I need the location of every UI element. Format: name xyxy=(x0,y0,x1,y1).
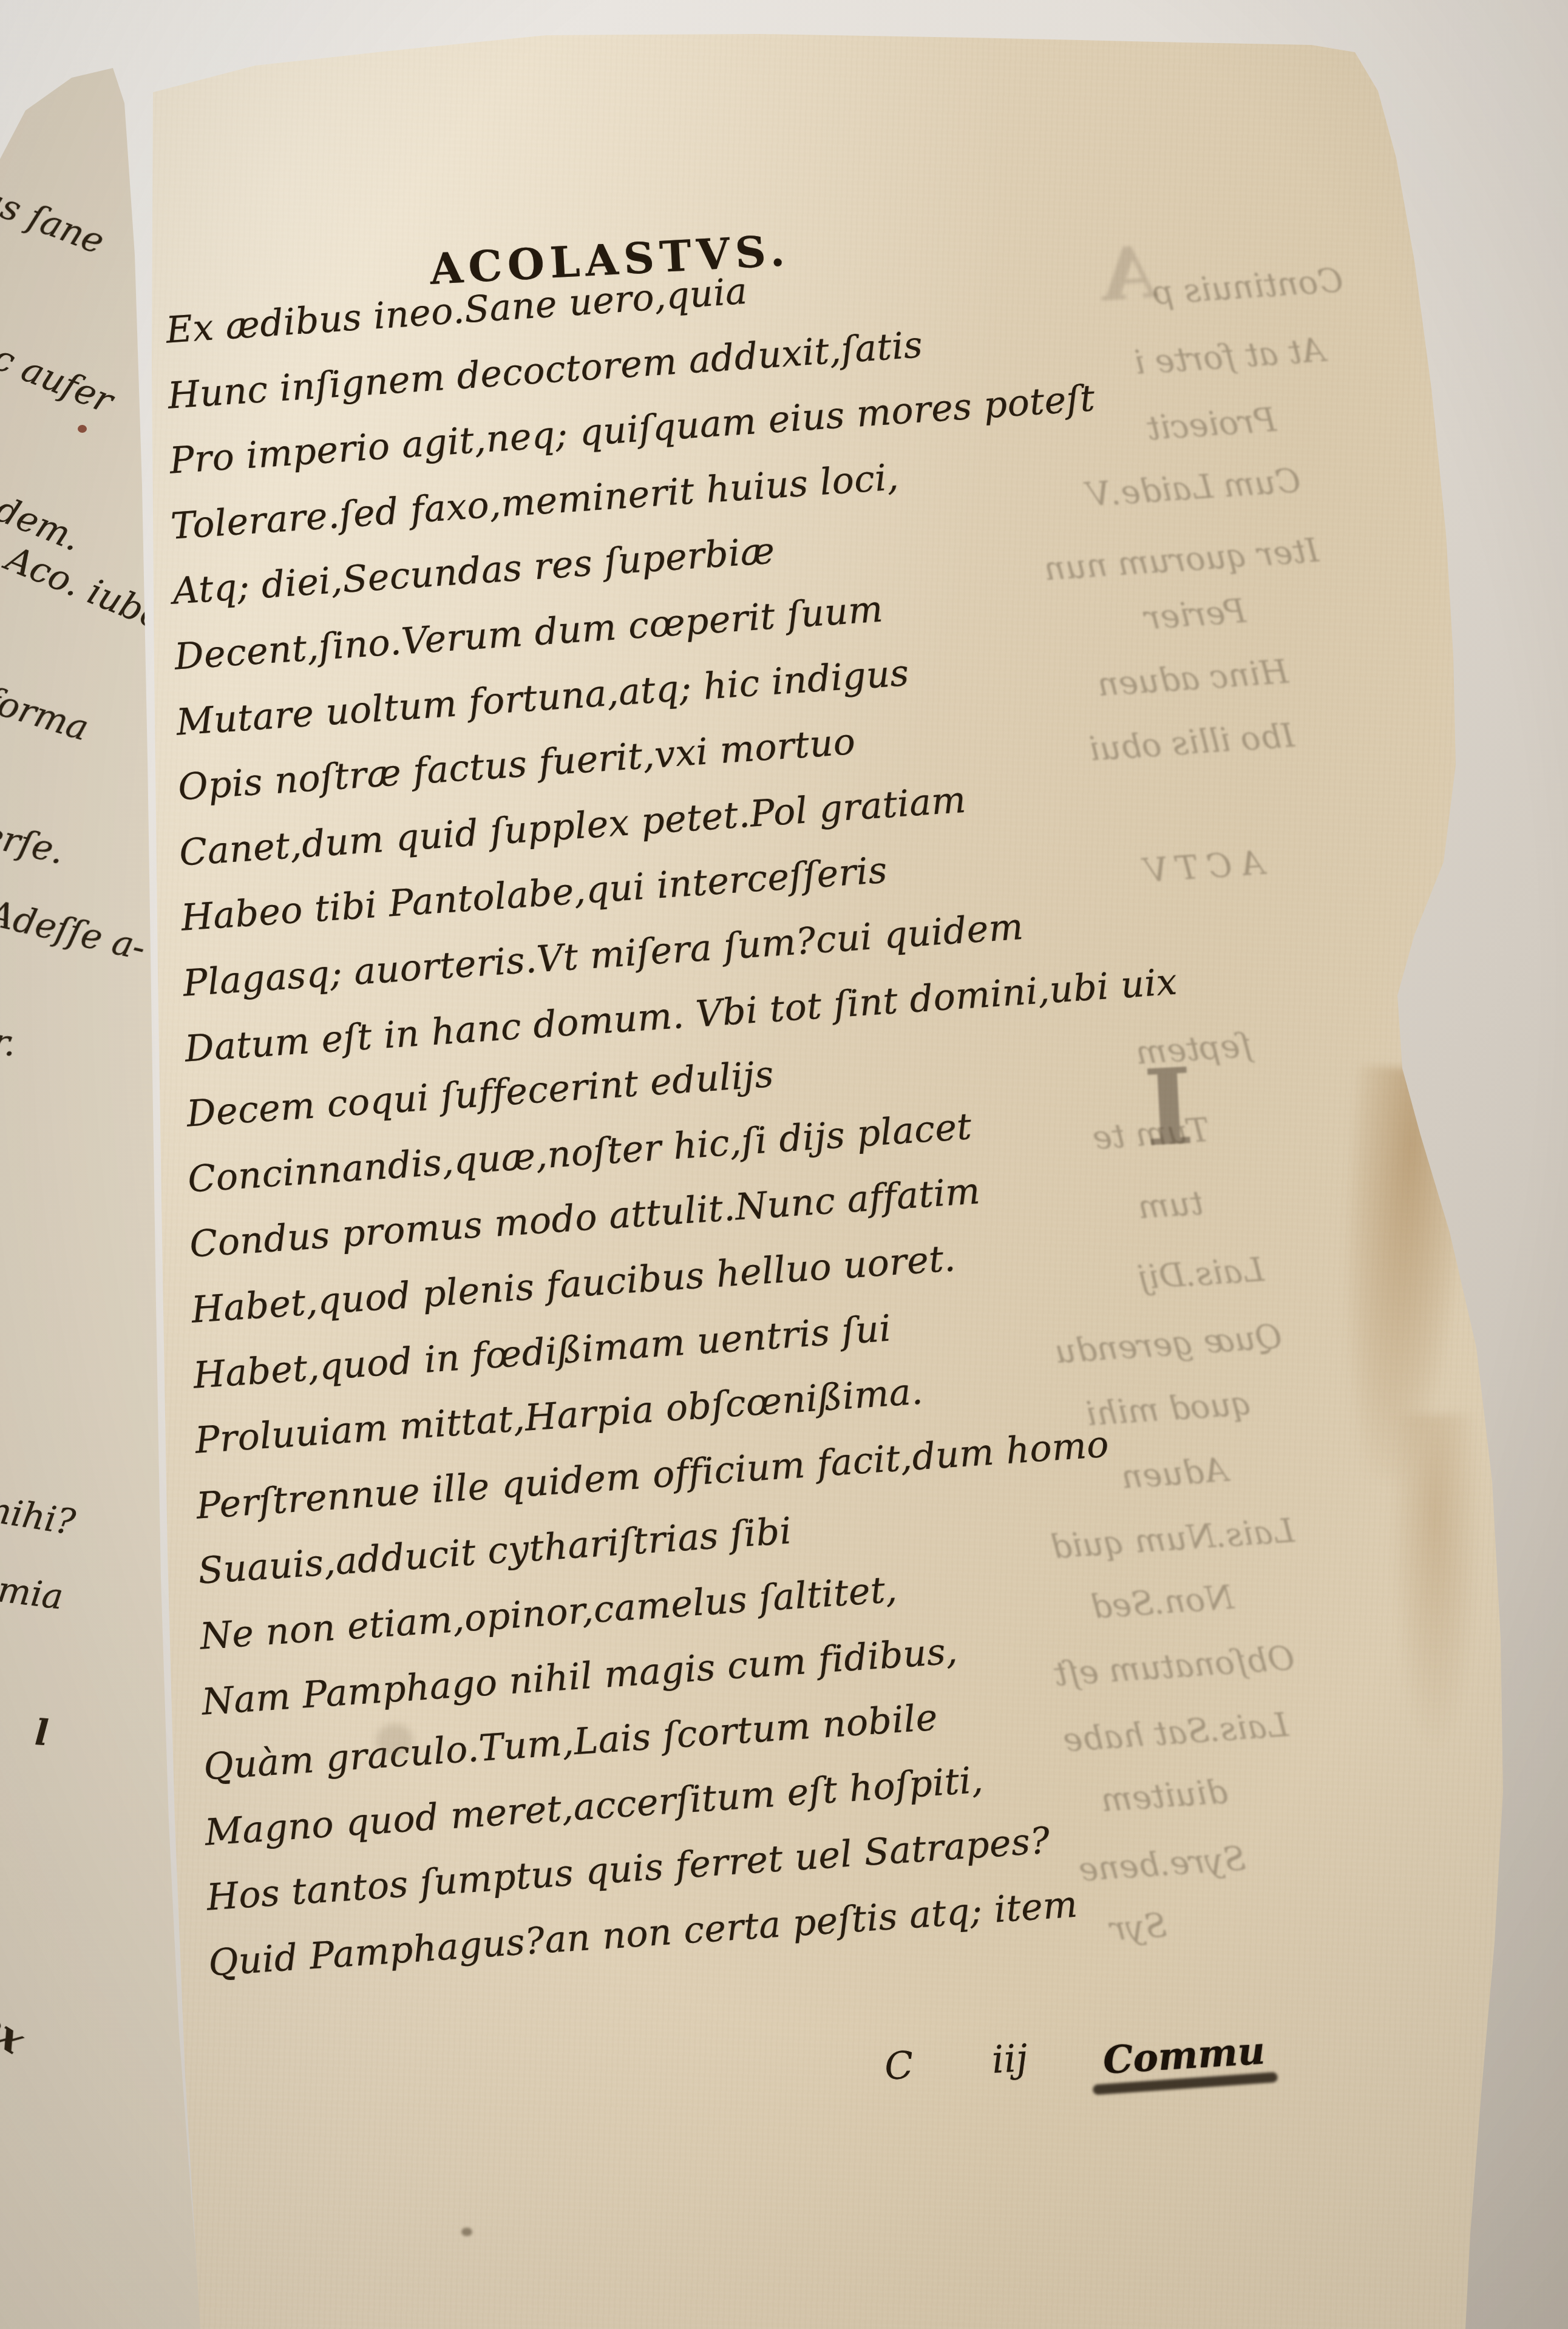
show-through-line: Ibo illis obui xyxy=(1088,716,1295,768)
show-through-line: Syr xyxy=(1109,1906,1168,1948)
facing-page-fragment: forma xyxy=(0,679,93,749)
show-through-line: quod mihi xyxy=(1085,1384,1254,1433)
facing-page-fragment: mihi? xyxy=(0,1487,78,1543)
facing-page-fragment: us ſane xyxy=(0,177,110,262)
facing-page-fragment: r. xyxy=(0,1020,20,1065)
facing-page-fragment: Adeſſe a- xyxy=(0,892,149,968)
show-through-line: Syre.bene xyxy=(1078,1839,1247,1889)
show-through-line: Cum Laide.V xyxy=(1085,461,1302,514)
show-through-line: Tum te xyxy=(1091,1111,1211,1157)
water-stain xyxy=(1328,1065,1478,1485)
show-through-line: diuitem xyxy=(1100,1772,1229,1819)
show-through-line: Lais.Sat habe xyxy=(1062,1706,1289,1759)
facing-page-fragment: nc aufer xyxy=(0,328,119,421)
show-through-line: Lais.Dij xyxy=(1137,1250,1265,1297)
water-stain xyxy=(1390,1414,1481,1754)
show-through-line: Continuis p xyxy=(1152,261,1344,312)
show-through-line: tum xyxy=(1137,1184,1205,1226)
paper-speck xyxy=(461,2228,472,2236)
show-through-line: Proiecit xyxy=(1145,401,1277,447)
facing-page-fragment: omia xyxy=(0,1566,66,1618)
show-through-line: Iter quorum nun xyxy=(1043,531,1320,588)
facing-page-ink-mark: l xyxy=(33,1712,50,1754)
photo-of-book-page: us ſane nc aufer ndem. . Aco. iube forma… xyxy=(0,0,1568,2329)
facing-page-fragment: ex xyxy=(0,1997,33,2063)
paper-speck xyxy=(78,425,87,433)
show-through-line: At at forte i xyxy=(1133,331,1326,382)
gathering-signature: C iij xyxy=(883,2036,1029,2089)
facing-page-fragment: erſe. xyxy=(0,813,69,872)
show-through-line: Obſonatum eſt xyxy=(1053,1639,1295,1693)
show-through-line: Quæ gerendu xyxy=(1053,1317,1283,1371)
show-through-line: Hinc aduen xyxy=(1096,653,1289,703)
show-through-line: Lais.Num quid xyxy=(1050,1511,1295,1566)
verse-line: Decem coqui ſuffecerint edulijs xyxy=(185,1053,775,1136)
verse-line: Atq; diei,Secundas res ſuperbiæ xyxy=(171,529,776,612)
show-through-line: ACTV xyxy=(1135,844,1265,890)
verse-line: Suauis,adducit cythariſtrias ſibi xyxy=(197,1510,793,1592)
show-through-line: Non.Sed xyxy=(1090,1578,1235,1626)
show-through-line: Aduen xyxy=(1120,1451,1229,1496)
show-through-capital: A xyxy=(1098,229,1159,317)
facing-page-fragment: . Aco. iube xyxy=(0,529,169,638)
book-page: A Continuis p At at forte i Proiecit Cum… xyxy=(0,0,1568,2329)
show-through-line: Perier xyxy=(1144,592,1247,637)
